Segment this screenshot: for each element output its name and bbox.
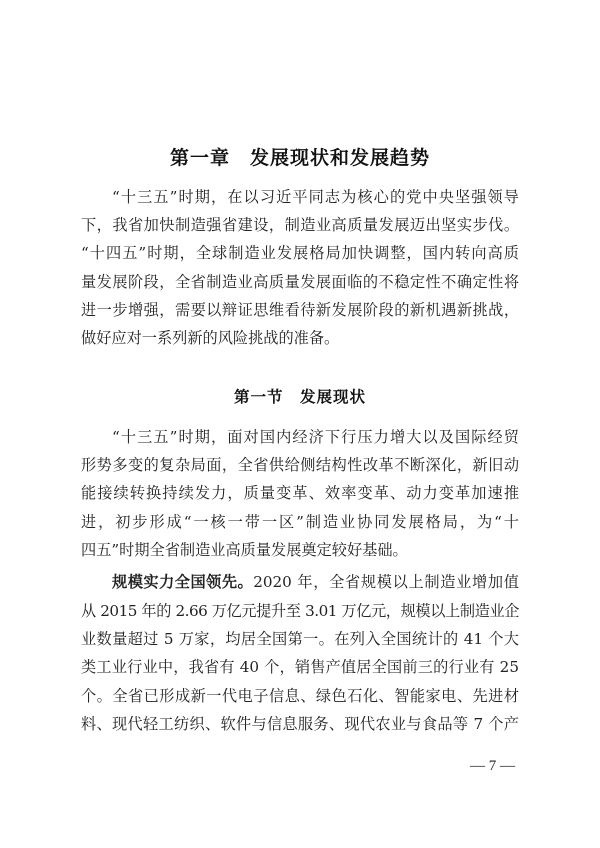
text-line: 形势多变的复杂局面，全省供给侧结构性改革不断深化，新旧动 [81,454,519,476]
text-line: 业数量超过 5 万家，均居全国第一。在列入全国统计的 41 个大 [81,628,519,650]
document-page: 第一章 发展现状和发展趋势 “十三五”时期，在以习近平同志为核心的党中央坚强领导… [0,0,600,848]
page-number: — 7 — [470,758,515,775]
text-line: 下，我省加快制造强省建设，制造业高质量发展迈出坚实步伐。 [81,214,519,236]
chapter-title: 第一章 发展现状和发展趋势 [0,143,600,170]
bold-lead-heading: 规模实力全国领先。 [112,571,253,593]
text-line: 从 2015 年的 2.66 万亿元提升至 3.01 万亿元，规模以上制造业企 [81,600,519,622]
text-line: 四五”时期全省制造业高质量发展奠定较好基础。 [81,539,519,561]
text-line: 类工业行业中，我省有 40 个，销售产值居全国前三的行业有 25 [81,656,519,678]
text-line: 做好应对一系列新的风险挑战的准备。 [81,327,519,349]
text-line: 料、现代轻工纺织、软件与信息服务、现代农业与食品等 7 个产 [81,713,519,735]
text-line: 能接续转换持续发力，质量变革、效率变革、动力变革加速推 [81,482,519,504]
text-line-rest: 2020 年，全省规模以上制造业增加值 [253,571,519,593]
text-line: 规模实力全国领先。 2020 年，全省规模以上制造业增加值 [112,571,519,593]
section-title: 第一节 发展现状 [0,385,600,407]
text-line: “十三五”时期，面对国内经济下行压力增大以及国际经贸 [112,426,519,448]
text-line: 进，初步形成“一核一带一区”制造业协同发展格局，为“十 [81,511,519,533]
text-line: 个。全省已形成新一代电子信息、绿色石化、智能家电、先进材 [81,685,519,707]
text-line: 量发展阶段，全省制造业高质量发展面临的不稳定性不确定性将 [81,271,519,293]
text-line: 进一步增强，需要以辩证思维看待新发展阶段的新机遇新挑战， [81,299,519,321]
text-line: “十四五”时期，全球制造业发展格局加快调整，国内转向高质 [81,242,519,264]
text-line: “十三五”时期，在以习近平同志为核心的党中央坚强领导 [112,186,519,208]
